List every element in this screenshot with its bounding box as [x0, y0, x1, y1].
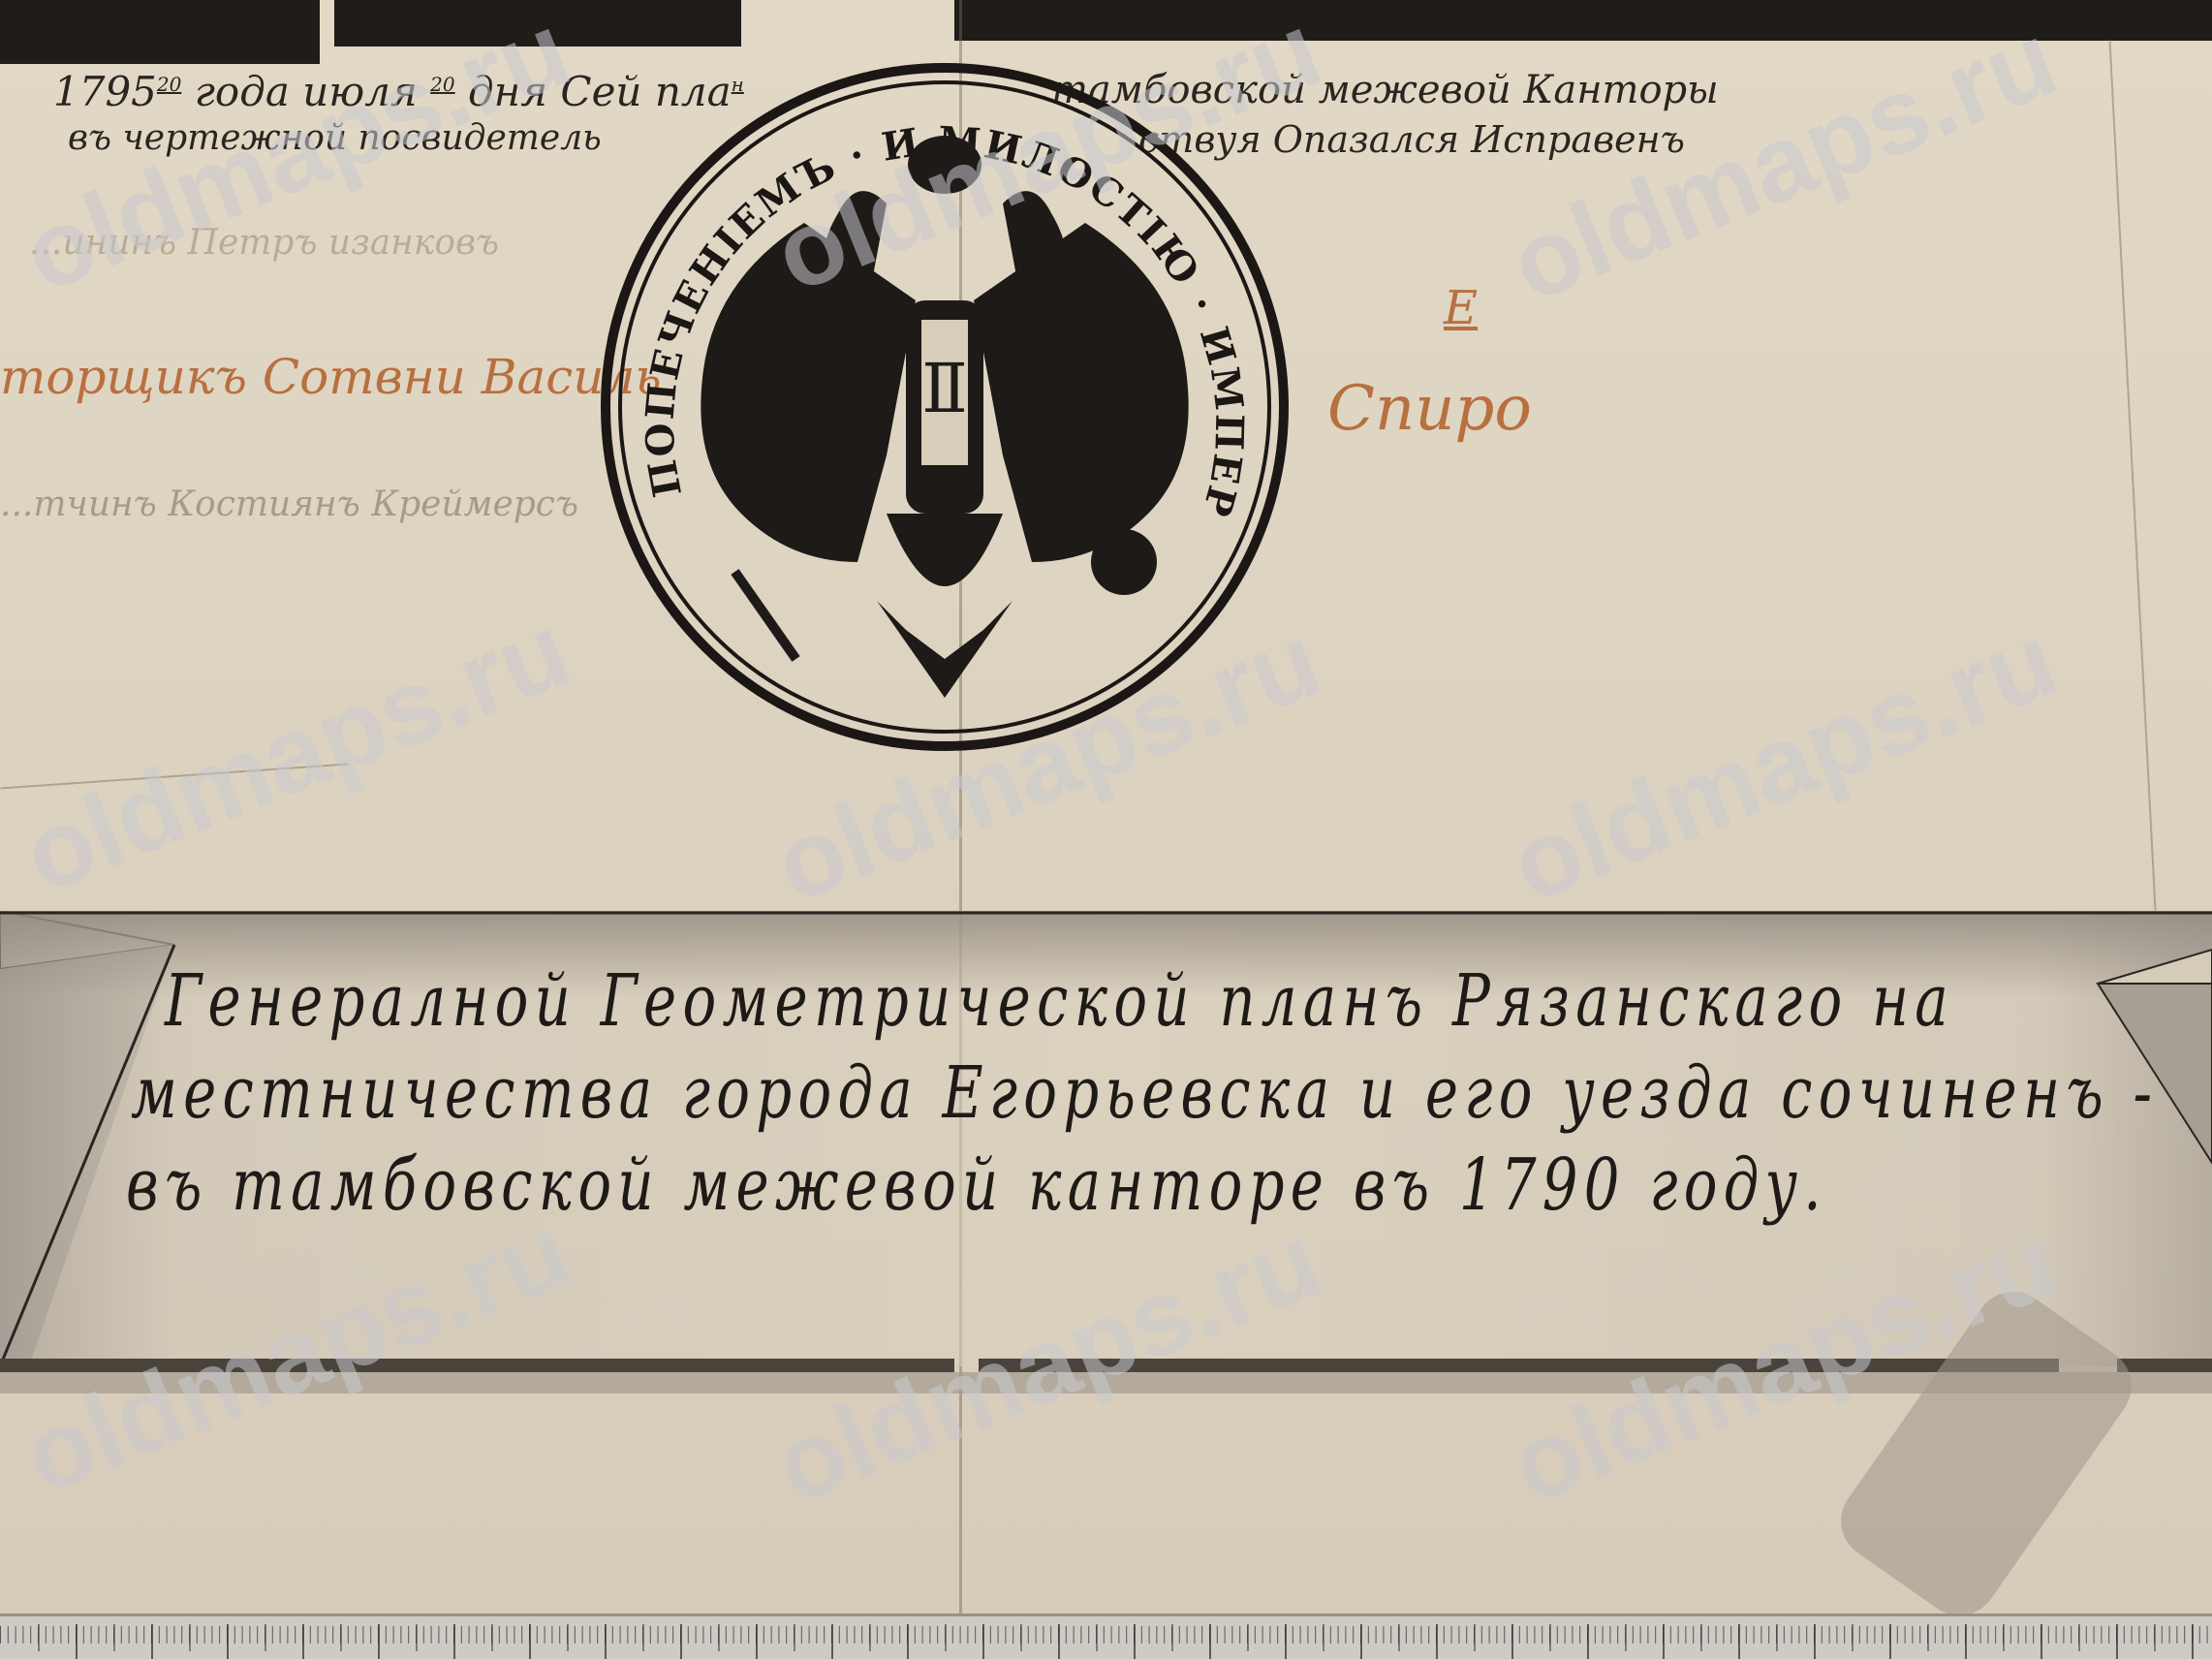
endorsement-month: года июля — [195, 68, 418, 115]
top-border-right — [954, 0, 2212, 41]
document-page: 179520 года июля 20 дня Сей план тамбовс… — [0, 0, 2212, 1613]
signature-right-initial: Е — [1444, 281, 1478, 335]
top-border-mid — [334, 0, 741, 47]
double-headed-eagle-icon: ПОПЕЧЕНIЕМЪ · И МИЛОСТIЮ · ИМПЕРАТРИЦЫ Е… — [596, 58, 1293, 756]
title-line-3: въ тамбовской межевой канторе въ 1790 го… — [126, 1143, 1827, 1227]
endorsement-line-2: въ чертежной посвидетель — [68, 118, 602, 158]
endorsement-year: 1795 — [53, 68, 157, 115]
svg-text:Ⅱ: Ⅱ — [921, 349, 968, 428]
measurement-ruler — [0, 1613, 2212, 1659]
watermark: oldmaps.ru — [1494, 0, 2072, 327]
signature-right: Спиро — [1327, 373, 1532, 445]
signature-line-1: ...ининъ Петръ изанковъ — [29, 223, 499, 263]
day-superscript: 20 — [430, 73, 454, 96]
year-superscript: 20 — [157, 73, 181, 96]
title-cartouche-ribbon: Генералной Геометрической планъ Рязанска… — [0, 911, 2212, 1415]
title-line-1: Генералной Геометрической планъ Рязанска… — [165, 959, 1954, 1043]
watermark: oldmaps.ru — [1494, 598, 2072, 927]
signature-line-3: ...тчинъ Костиянъ Креймерсъ — [0, 485, 578, 524]
watermark: oldmaps.ru — [7, 588, 585, 918]
tear-left — [0, 763, 348, 789]
fold-crease-right — [2108, 40, 2156, 911]
signature-line-2: торщикъ Сотвни Василь — [0, 349, 662, 405]
title-line-2: местничества города Егорьевска и его уез… — [131, 1051, 2158, 1135]
imperial-seal: ПОПЕЧЕНIЕМЪ · И МИЛОСТIЮ · ИМПЕРАТРИЦЫ Е… — [596, 58, 1293, 756]
top-border-left — [0, 0, 320, 64]
ruler-ticks — [0, 1616, 2212, 1659]
